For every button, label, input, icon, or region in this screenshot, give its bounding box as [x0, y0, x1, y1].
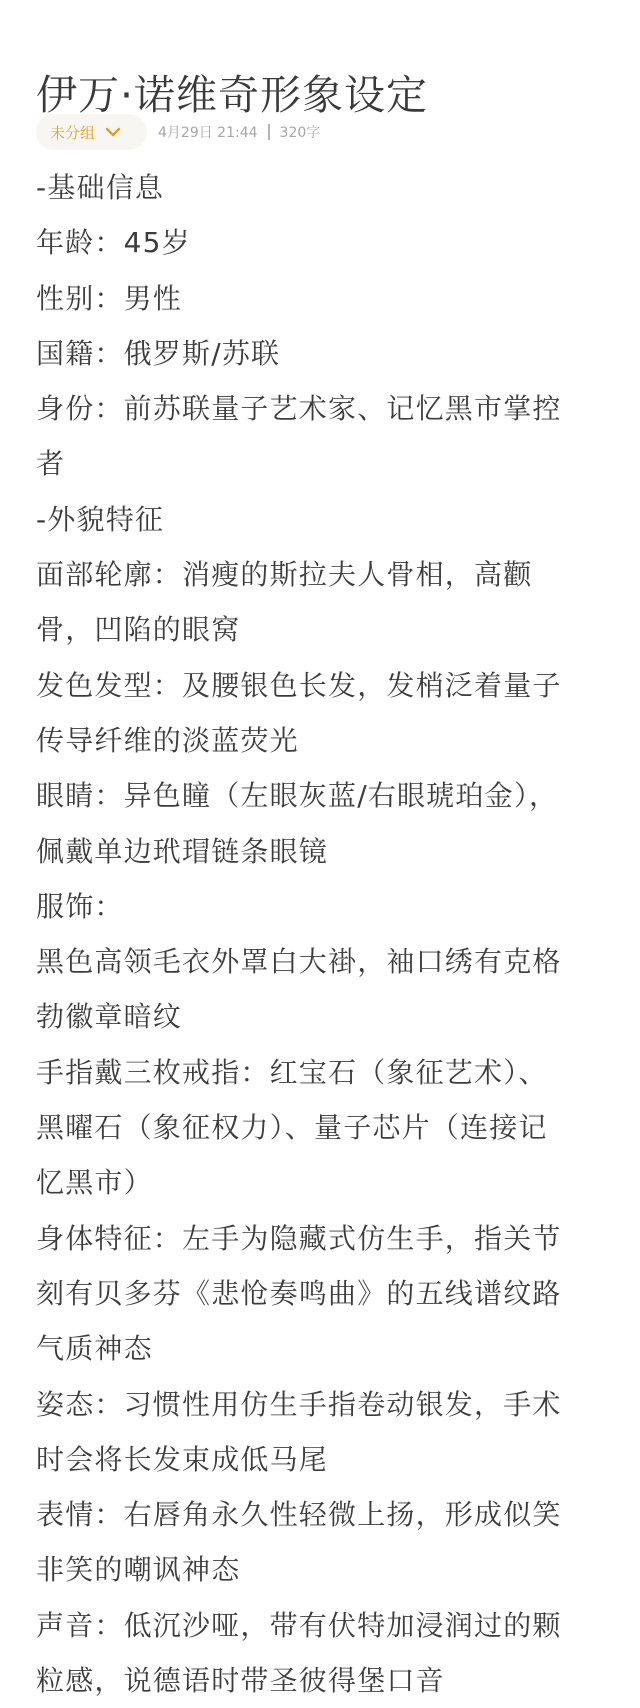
word-count: 320字	[280, 122, 321, 142]
group-label: 未分组	[50, 122, 95, 143]
text-line: 性别：男性	[36, 271, 596, 326]
text-line: 国籍：俄罗斯/苏联	[36, 326, 596, 381]
group-selector-button[interactable]: 未分组	[36, 114, 147, 150]
text-line: -外貌特征	[36, 492, 596, 547]
text-line: 手指戴三枚戒指：红宝石（象征艺术）、	[36, 1045, 596, 1100]
text-line: 粒感，说德语时带圣彼得堡口音	[36, 1653, 596, 1708]
text-line: 气质神态	[36, 1321, 596, 1376]
text-line: 面部轮廓：消瘦的斯拉夫人骨相，高颧	[36, 547, 596, 602]
meta-divider	[268, 124, 270, 140]
text-line: 眼睛：异色瞳（左眼灰蓝/右眼琥珀金），	[36, 768, 596, 823]
text-line: 身体特征：左手为隐藏式仿生手，指关节	[36, 1211, 596, 1266]
text-line: 身份：前苏联量子艺术家、记忆黑市掌控	[36, 381, 596, 436]
note-meta: 未分组 4月29日 21:44 320字	[36, 114, 320, 150]
text-line: 发色发型：及腰银色长发，发梢泛着量子	[36, 658, 596, 713]
text-line: 刻有贝多芬《悲怆奏鸣曲》的五线谱纹路	[36, 1266, 596, 1321]
text-line: 声音：低沉沙哑，带有伏特加浸润过的颗	[36, 1598, 596, 1653]
text-line: 姿态：习惯性用仿生手指卷动银发，手术	[36, 1377, 596, 1432]
text-line: 年龄：45岁	[36, 215, 596, 270]
text-line: 者	[36, 436, 596, 491]
note-timestamp: 4月29日 21:44	[158, 122, 258, 142]
text-line: 服饰：	[36, 879, 596, 934]
text-line: 表情：右唇角永久性轻微上扬，形成似笑	[36, 1487, 596, 1542]
text-line: 佩戴单边玳瑁链条眼镜	[36, 824, 596, 879]
text-line: 非笑的嘲讽神态	[36, 1542, 596, 1597]
text-line: 黑曜石（象征权力）、量子芯片（连接记	[36, 1100, 596, 1155]
text-line: 黑色高领毛衣外罩白大褂，袖口绣有克格	[36, 934, 596, 989]
text-line: 忆黑市）	[36, 1155, 596, 1210]
text-line: 骨，凹陷的眼窝	[36, 602, 596, 657]
text-line: 勃徽章暗纹	[36, 989, 596, 1044]
chevron-down-icon	[105, 127, 121, 137]
text-line: 传导纤维的淡蓝荧光	[36, 713, 596, 768]
text-line: 时会将长发束成低马尾	[36, 1432, 596, 1487]
note-body[interactable]: -基础信息 年龄：45岁 性别：男性 国籍：俄罗斯/苏联 身份：前苏联量子艺术家…	[36, 160, 596, 1708]
text-line: -基础信息	[36, 160, 596, 215]
